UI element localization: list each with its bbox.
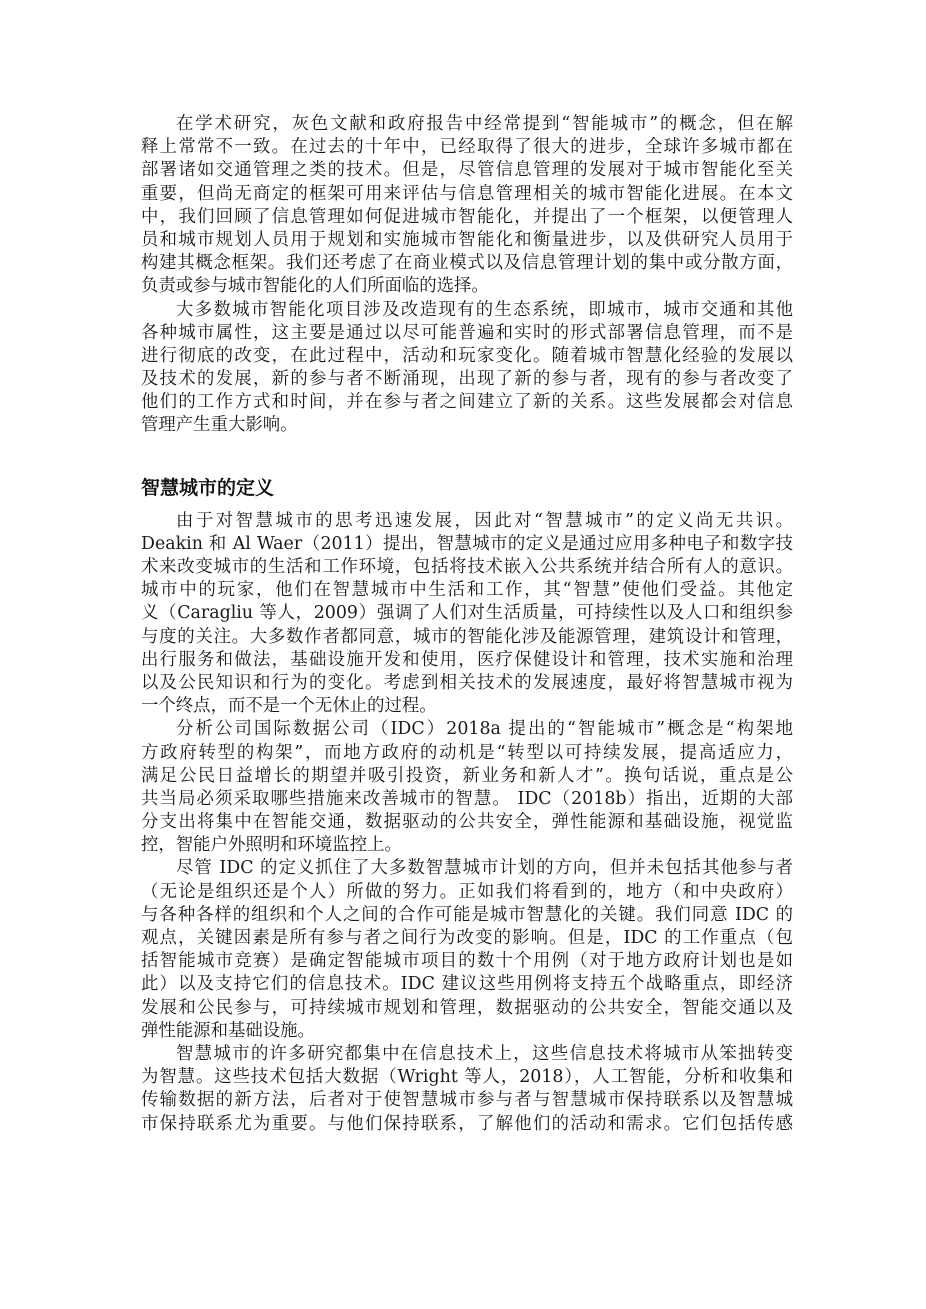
text-line: 大多数城市智能化项目涉及改造现有的生态系统，即城市，城市交通和其他: [141, 299, 793, 322]
text-line: 满足公民日益增长的期望并吸引投资，新业务和新人才”。换句话说，重点是公: [141, 765, 793, 788]
text-line: 出行服务和做法，基础设施开发和使用，医疗保健设计和管理，技术实施和治理: [141, 649, 793, 672]
text-line: 释上常常不一致。在过去的十年中，已经取得了很大的进步，全球许多城市都在: [141, 136, 793, 159]
paragraph-intro-2: 大多数城市智能化项目涉及改造现有的生态系统，即城市，城市交通和其他 各种城市属性…: [141, 299, 793, 438]
text-line: 负责或参与城市智能化的人们所面临的选择。: [141, 275, 793, 298]
text-line: 发展和公民参与，可持续城市规划和管理，数据驱动的公共安全，智能交通以及: [141, 997, 793, 1020]
text-line: 义（Caragliu 等人，2009）强调了人们对生活质量，可持续性以及人口和组…: [141, 602, 793, 625]
text-line: 及技术的发展，新的参与者不断涌现，出现了新的参与者，现有的参与者改变了: [141, 368, 793, 391]
text-line: 由于对智慧城市的思考迅速发展，因此对“智慧城市”的定义尚无共识。: [141, 510, 793, 533]
text-line: 部署诸如交通管理之类的技术。但是，尽管信息管理的发展对于城市智能化至关: [141, 159, 793, 182]
text-line: 城市中的玩家，他们在智慧城市中生活和工作，其“智慧”使他们受益。其他定: [141, 579, 793, 602]
text-line: 此）以及支持它们的信息技术。IDC 建议这些用例将支持五个战略重点，即经济: [141, 973, 793, 996]
paragraph-definition-4: 智慧城市的许多研究都集中在信息技术上，这些信息技术将城市从笨拙转变 为智慧。这些…: [141, 1043, 793, 1136]
text-line: 智慧城市的许多研究都集中在信息技术上，这些信息技术将城市从笨拙转变: [141, 1043, 793, 1066]
text-line: 与度的关注。大多数作者都同意，城市的智能化涉及能源管理，建筑设计和管理，: [141, 626, 793, 649]
paragraph-definition-3: 尽管 IDC 的定义抓住了大多数智慧城市计划的方向，但并未包括其他参与者 （无论…: [141, 857, 793, 1043]
text-line: 进行彻底的改变，在此过程中，活动和玩家变化。随着城市智慧化经验的发展以: [141, 345, 793, 368]
text-line: 在学术研究，灰色文献和政府报告中经常提到“智能城市”的概念，但在解: [141, 113, 793, 136]
section-heading: 智慧城市的定义: [141, 474, 793, 502]
text-line: 括智能城市竞赛）是确定智能城市项目的数十个用例（对于地方政府计划也是如: [141, 950, 793, 973]
text-line: 与各种各样的组织和个人之间的合作可能是城市智慧化的关键。我们同意 IDC 的: [141, 904, 793, 927]
text-line: 术来改变城市的生活和工作环境，包括将技术嵌入公共系统并结合所有人的意识。: [141, 556, 793, 579]
text-line: 观点，关键因素是所有参与者之间行为改变的影响。但是，IDC 的工作重点（包: [141, 927, 793, 950]
text-line: 共当局必须采取哪些措施来改善城市的智慧。 IDC（2018b）指出，近期的大部: [141, 788, 793, 811]
text-line: 弹性能源和基础设施。: [141, 1020, 793, 1043]
text-line: 一个终点，而不是一个无休止的过程。: [141, 695, 793, 718]
text-line: Deakin 和 Al Waer（2011）提出，智慧城市的定义是通过应用多种电…: [141, 533, 793, 556]
text-line: 构建其概念框架。我们还考虑了在商业模式以及信息管理计划的集中或分散方面，: [141, 252, 793, 275]
text-line: 他们的工作方式和时间，并在参与者之间建立了新的关系。这些发展都会对信息: [141, 391, 793, 414]
document-page: 在学术研究，灰色文献和政府报告中经常提到“智能城市”的概念，但在解 释上常常不一…: [141, 113, 793, 1136]
text-line: 管理产生重大影响。: [141, 414, 793, 437]
text-line: 为智慧。这些技术包括大数据（Wright 等人，2018），人工智能，分析和收集…: [141, 1066, 793, 1089]
text-line: 重要，但尚无商定的框架可用来评估与信息管理相关的城市智能化进展。在本文: [141, 183, 793, 206]
paragraph-intro-1: 在学术研究，灰色文献和政府报告中经常提到“智能城市”的概念，但在解 释上常常不一…: [141, 113, 793, 299]
text-line: 方政府转型的构架”，而地方政府的动机是“转型以可持续发展，提高适应力，: [141, 742, 793, 765]
text-line: 分析公司国际数据公司（IDC）2018a 提出的“智能城市”概念是“构架地: [141, 718, 793, 741]
text-line: 市保持联系尤为重要。与他们保持联系，了解他们的活动和需求。它们包括传感: [141, 1113, 793, 1136]
text-line: （无论是组织还是个人）所做的努力。正如我们将看到的，地方（和中央政府）: [141, 881, 793, 904]
text-line: 控，智能户外照明和环境监控上。: [141, 834, 793, 857]
text-line: 以及公民知识和行为的变化。考虑到相关技术的发展速度，最好将智慧城市视为: [141, 672, 793, 695]
paragraph-definition-1: 由于对智慧城市的思考迅速发展，因此对“智慧城市”的定义尚无共识。 Deakin …: [141, 510, 793, 719]
paragraph-definition-2: 分析公司国际数据公司（IDC）2018a 提出的“智能城市”概念是“构架地 方政…: [141, 718, 793, 857]
text-line: 传输数据的新方法，后者对于使智慧城市参与者与智慧城市保持联系以及智慧城: [141, 1089, 793, 1112]
text-line: 尽管 IDC 的定义抓住了大多数智慧城市计划的方向，但并未包括其他参与者: [141, 857, 793, 880]
text-line: 分支出将集中在智能交通，数据驱动的公共安全，弹性能源和基础设施，视觉监: [141, 811, 793, 834]
text-line: 中，我们回顾了信息管理如何促进城市智能化，并提出了一个框架，以便管理人: [141, 206, 793, 229]
text-line: 各种城市属性，这主要是通过以尽可能普遍和实时的形式部署信息管理，而不是: [141, 322, 793, 345]
text-line: 员和城市规划人员用于规划和实施城市智能化和衡量进步，以及供研究人员用于: [141, 229, 793, 252]
